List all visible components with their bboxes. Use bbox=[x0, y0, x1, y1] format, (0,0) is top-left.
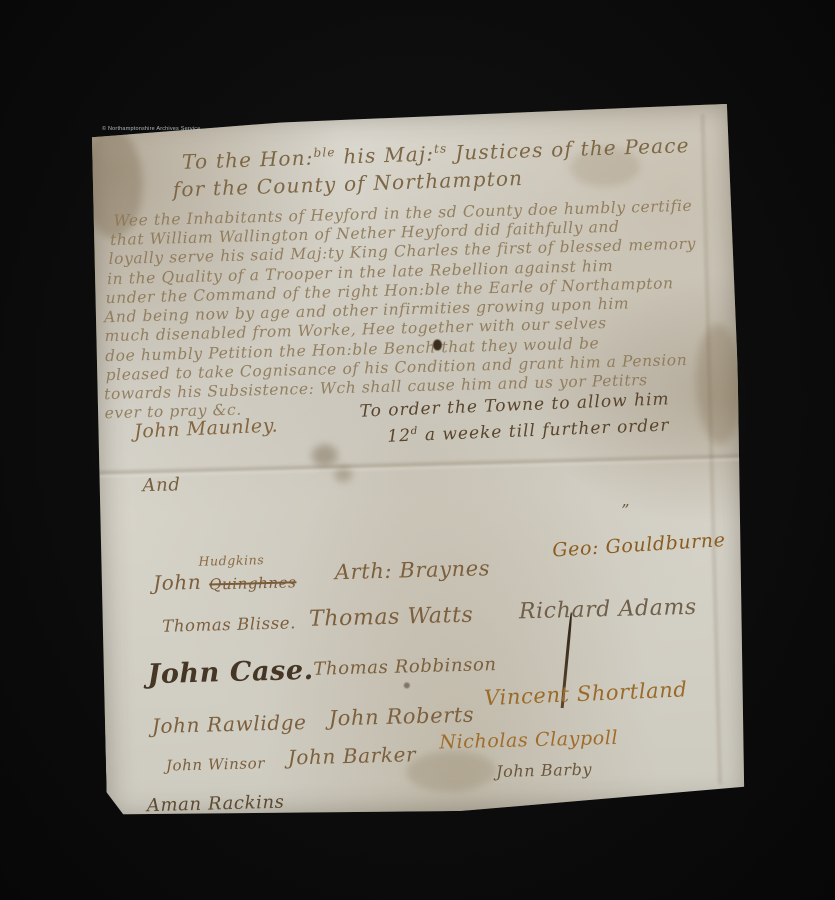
signature: Thomas Watts bbox=[309, 603, 474, 632]
archive-watermark: © Northamptonshire Archives Service bbox=[102, 126, 200, 132]
signature: Geo: Gouldburne bbox=[552, 529, 726, 562]
stain bbox=[695, 324, 744, 445]
vertical-crease bbox=[701, 114, 722, 784]
stain bbox=[406, 750, 497, 792]
signature: John Case. bbox=[147, 655, 314, 690]
signature: Arth: Braynes bbox=[335, 556, 491, 584]
signature: Richard Adams bbox=[519, 595, 697, 625]
parchment-document: To the Hon:ble his Maj:ts Justices of th… bbox=[89, 104, 749, 821]
signature-partially-cut: Aman Rackins bbox=[147, 792, 285, 817]
ditto-mark: ” bbox=[621, 500, 630, 519]
annotation-amount: 12 bbox=[387, 426, 411, 447]
heading-superscript: ts bbox=[434, 141, 448, 155]
marginal-annotation-line-2: 12d a weeke till further order bbox=[387, 415, 670, 446]
signature-interlined-name: Hudgkins bbox=[198, 552, 264, 569]
signature: John Roberts bbox=[328, 703, 474, 731]
signature: John Barby bbox=[496, 760, 592, 782]
signature: John bbox=[153, 570, 202, 595]
fold-crease bbox=[98, 453, 740, 479]
heading-text: Justices of the Peace bbox=[447, 133, 690, 165]
signature: Nicholas Claypoll bbox=[439, 727, 618, 754]
signature: John Barker bbox=[287, 742, 416, 769]
signature: Thomas Blisse. bbox=[162, 613, 296, 635]
signature-struck-name: Quinghnes bbox=[209, 573, 297, 593]
heading-superscript: ble bbox=[313, 145, 336, 160]
ink-blot bbox=[404, 682, 410, 688]
signature: John Winsor bbox=[166, 754, 266, 775]
annotation-text: a weeke till further order bbox=[418, 415, 670, 445]
signature: Vincent Shortland bbox=[484, 677, 688, 710]
photo-background: { "watermark": "© Northamptonshire Archi… bbox=[0, 0, 835, 900]
signature: John Rawlidge bbox=[152, 710, 307, 738]
docket-paraph: And bbox=[142, 474, 180, 496]
signature: Thomas Robbinson bbox=[313, 654, 497, 680]
heading-text: his Maj: bbox=[335, 142, 434, 169]
heading-text: To the Hon: bbox=[182, 146, 314, 174]
